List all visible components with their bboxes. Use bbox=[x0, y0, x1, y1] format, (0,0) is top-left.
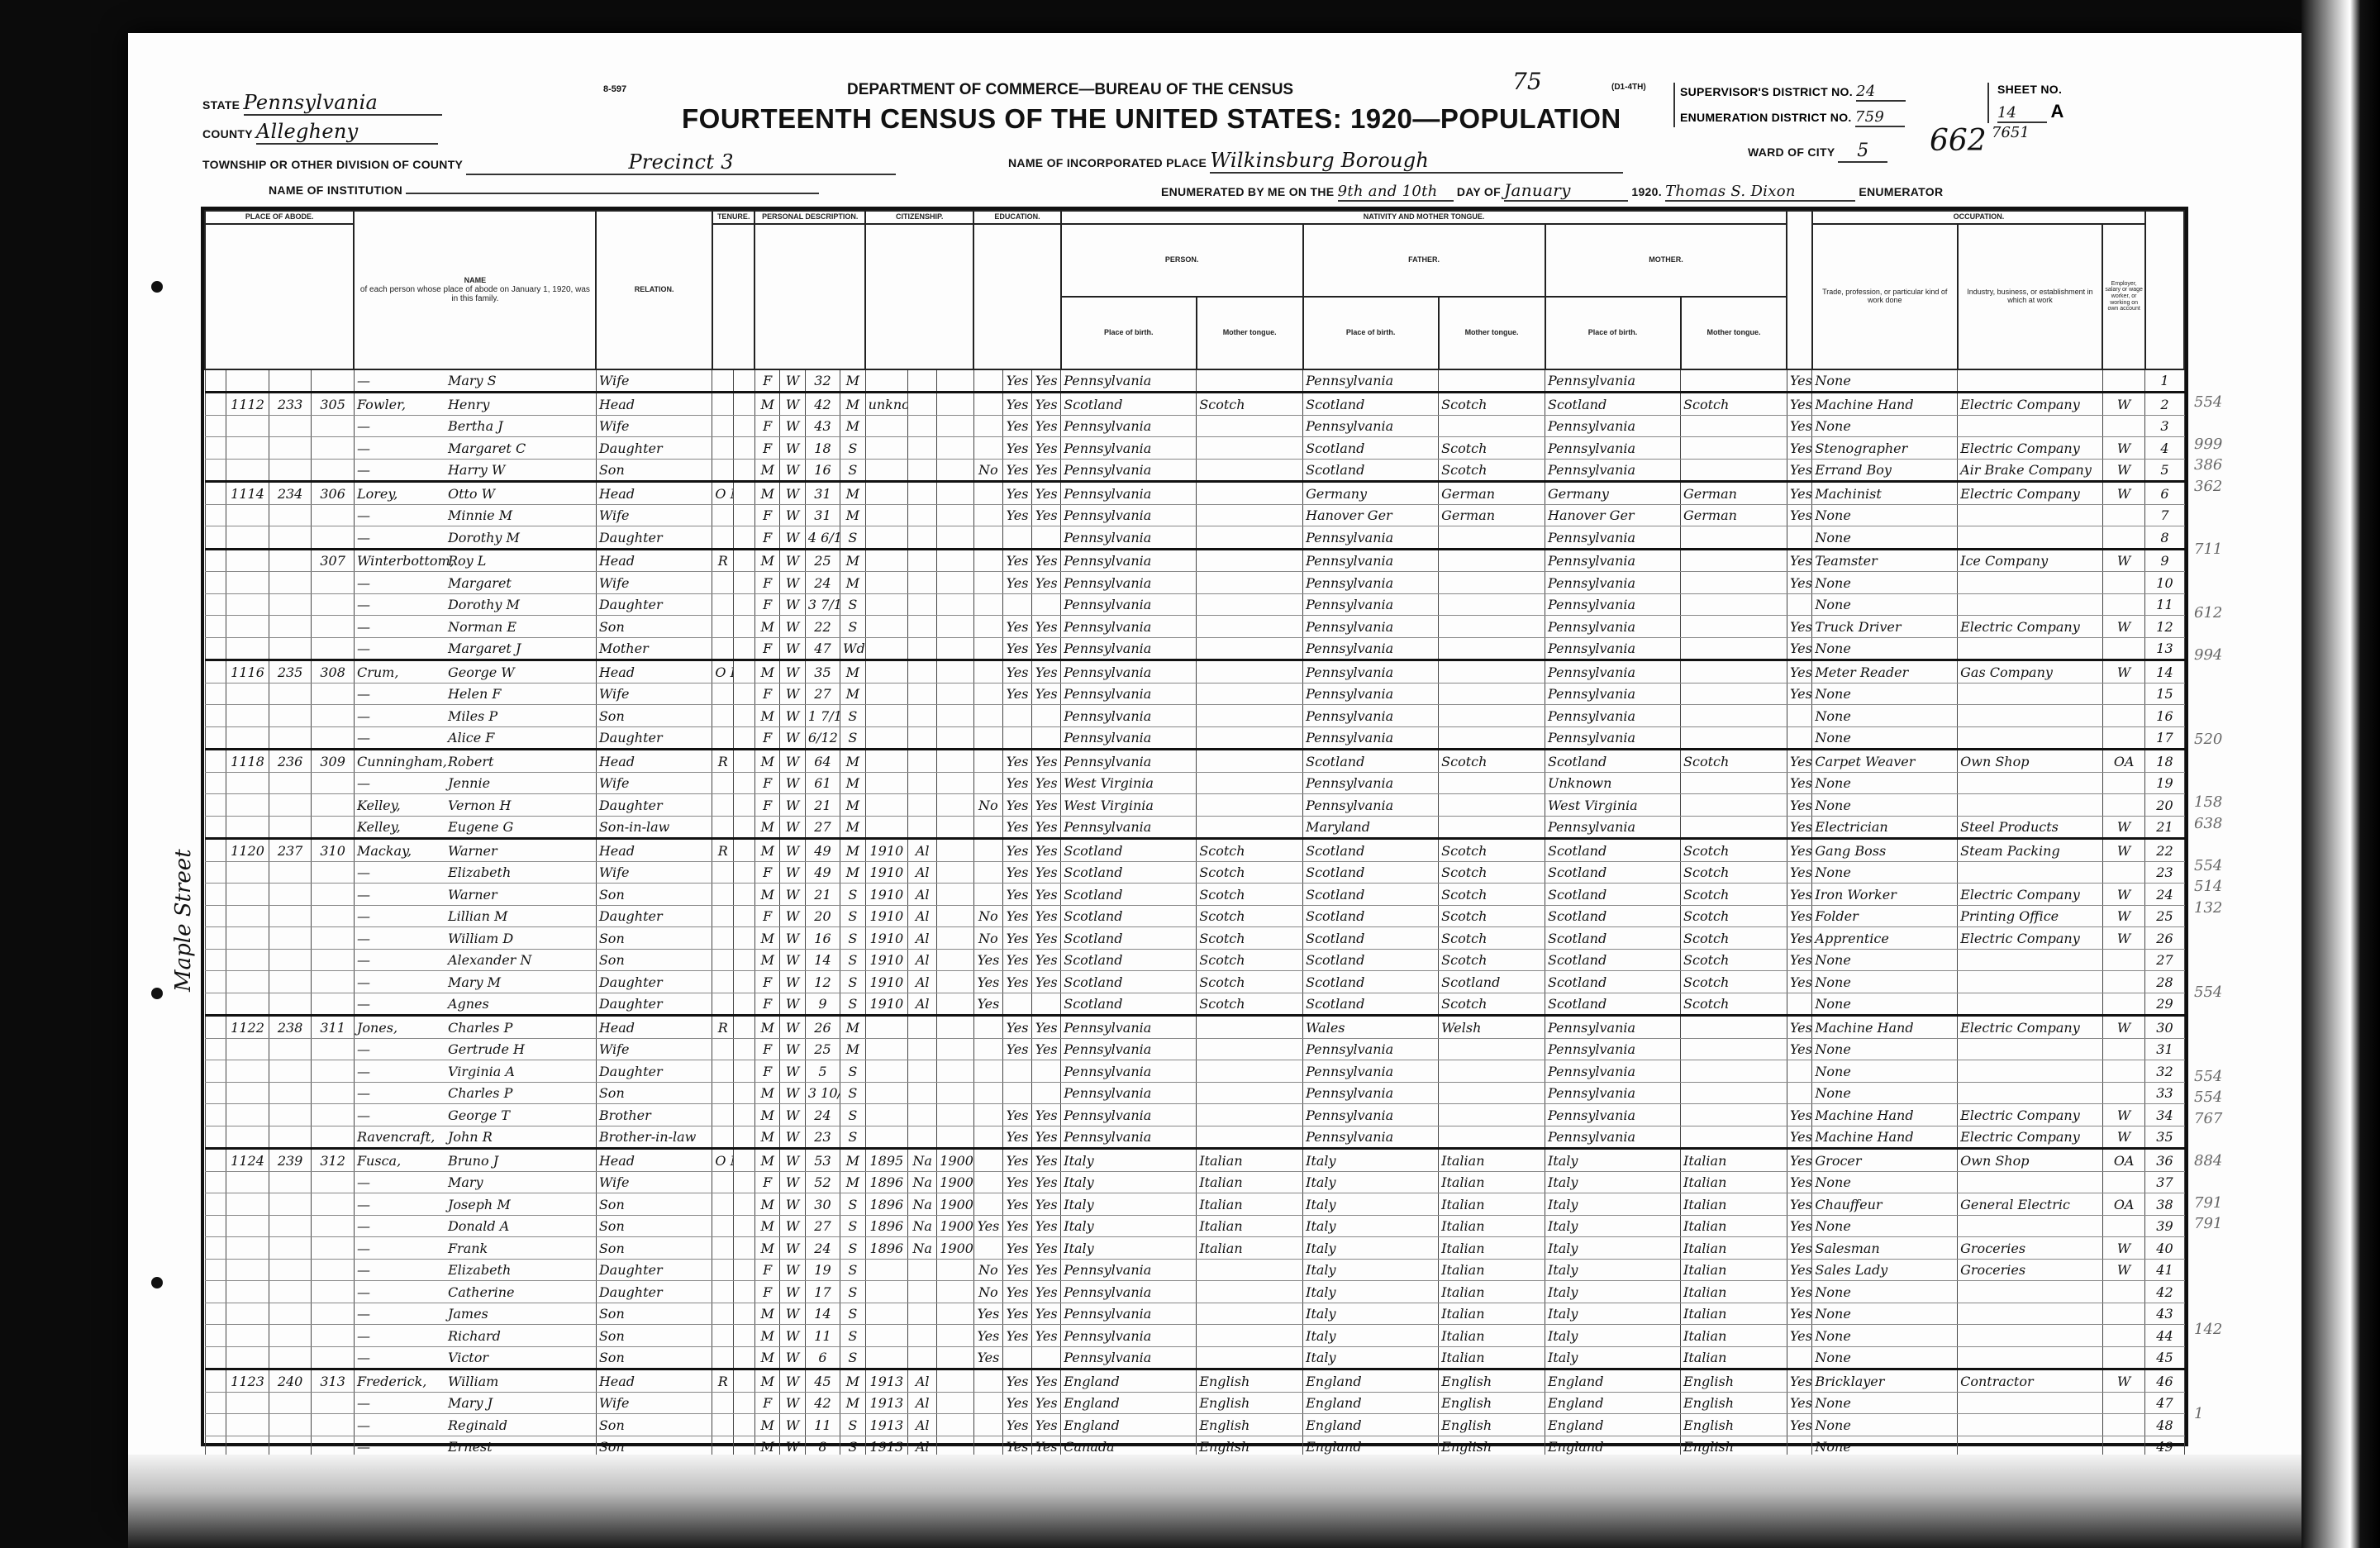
institution-field: NAME OF INSTITUTION bbox=[269, 183, 819, 197]
mother-birthplace-cell: Pennsylvania bbox=[1545, 1016, 1681, 1039]
school-cell: Yes bbox=[973, 993, 1002, 1016]
mother-mother-tongue-cell: English bbox=[1681, 1369, 1787, 1393]
mother-tongue-cell bbox=[1197, 549, 1303, 572]
house-number-cell bbox=[226, 1325, 269, 1347]
relation-cell: Wife bbox=[596, 369, 712, 393]
street-cell bbox=[205, 437, 226, 460]
age-cell: 49 bbox=[805, 839, 840, 862]
class-of-worker-cell bbox=[2102, 1303, 2145, 1325]
age-cell: 53 bbox=[805, 1149, 840, 1172]
speaks-english-cell: Yes bbox=[1787, 504, 1811, 526]
class-of-worker-cell: W bbox=[2102, 1104, 2145, 1126]
surname: — bbox=[357, 730, 448, 745]
sex-cell: M bbox=[754, 616, 779, 638]
sex-cell: M bbox=[754, 1193, 779, 1216]
citizenship-header: CITIZENSHIP. bbox=[865, 211, 973, 224]
day-of-label: DAY OF bbox=[1457, 185, 1501, 198]
mortgage-cell bbox=[734, 949, 755, 971]
school-cell: Yes bbox=[973, 1325, 1002, 1347]
trade-cell: None bbox=[1812, 794, 1958, 817]
sex-cell: F bbox=[754, 572, 779, 594]
form-number: 8-597 bbox=[603, 84, 626, 94]
tenure-cell bbox=[712, 949, 734, 971]
write-cell bbox=[1032, 1060, 1061, 1083]
naturalization-cell bbox=[908, 593, 937, 616]
naturalization-year-cell bbox=[937, 949, 974, 971]
race-cell: W bbox=[780, 1237, 805, 1260]
tenure-cell bbox=[712, 1171, 734, 1193]
dwelling-number-cell bbox=[269, 1082, 312, 1104]
name-cell: —Dorothy M bbox=[354, 593, 596, 616]
class-of-worker-cell bbox=[2102, 1215, 2145, 1237]
given-name: Margaret J bbox=[448, 641, 521, 656]
birthplace-cell: Pennsylvania bbox=[1061, 369, 1197, 393]
margin-note: 132 bbox=[2194, 899, 2222, 917]
marital-status-cell: M bbox=[840, 816, 866, 839]
school-cell bbox=[973, 437, 1002, 460]
surname: — bbox=[357, 530, 448, 545]
table-row: Ravencraft,John RBrother-in-lawMW23SYesY… bbox=[205, 1126, 2184, 1149]
naturalization-cell: Al bbox=[908, 971, 937, 993]
birthplace-cell: Pennsylvania bbox=[1061, 683, 1197, 705]
table-row: 1118236309Cunningham,RobertHeadRMW64MYes… bbox=[205, 750, 2184, 773]
sex-cell: F bbox=[754, 1259, 779, 1281]
father-tongue-cell bbox=[1439, 369, 1545, 393]
speaks-english-cell: Yes bbox=[1787, 1126, 1811, 1149]
mortgage-cell bbox=[734, 1414, 755, 1436]
class-of-worker-cell: W bbox=[2102, 1259, 2145, 1281]
father-birthplace-cell: Pennsylvania bbox=[1303, 1082, 1439, 1104]
father-birthplace-cell: Pennsylvania bbox=[1303, 549, 1439, 572]
line-number-cell: 3 bbox=[2145, 415, 2184, 437]
tenure-cell bbox=[712, 1215, 734, 1237]
read-cell: Yes bbox=[1002, 1193, 1031, 1216]
write-cell: Yes bbox=[1032, 772, 1061, 794]
mother-tongue-cell bbox=[1197, 437, 1303, 460]
speaks-english-cell bbox=[1787, 726, 1811, 750]
trade-cell: None bbox=[1812, 705, 1958, 727]
relation-cell: Daughter bbox=[596, 1259, 712, 1281]
father-birthplace-cell: England bbox=[1303, 1392, 1439, 1414]
scanner-bottom-edge bbox=[128, 1455, 2301, 1548]
read-cell bbox=[1002, 526, 1031, 550]
given-name: Reginald bbox=[448, 1417, 507, 1433]
margin-note: 554 bbox=[2194, 1068, 2222, 1085]
house-number-cell: 1114 bbox=[226, 482, 269, 505]
father-tongue-cell bbox=[1439, 683, 1545, 705]
mother-tongue-cell bbox=[1197, 683, 1303, 705]
mother-birthplace-cell: Italy bbox=[1545, 1281, 1681, 1303]
speaks-english-cell: Yes bbox=[1787, 1149, 1811, 1172]
write-cell bbox=[1032, 993, 1061, 1016]
immigration-year-cell: 1896 bbox=[865, 1193, 908, 1216]
state-label: STATE bbox=[202, 98, 240, 112]
write-cell: Yes bbox=[1032, 369, 1061, 393]
read-cell: Yes bbox=[1002, 549, 1031, 572]
name-cell: —Victor bbox=[354, 1346, 596, 1369]
line-number-cell: 41 bbox=[2145, 1259, 2184, 1281]
margin-note: 362 bbox=[2194, 478, 2222, 495]
immigration-year-cell: 1913 bbox=[865, 1414, 908, 1436]
street-cell bbox=[205, 504, 226, 526]
industry-cell: Electric Company bbox=[1958, 393, 2103, 416]
sex-cell: F bbox=[754, 593, 779, 616]
speaks-english-cell: Yes bbox=[1787, 1281, 1811, 1303]
read-cell: Yes bbox=[1002, 637, 1031, 660]
write-cell: Yes bbox=[1032, 1369, 1061, 1393]
house-number-cell bbox=[226, 1281, 269, 1303]
trade-cell: Teamster bbox=[1812, 549, 1958, 572]
mother-tongue-cell bbox=[1197, 369, 1303, 393]
family-number-cell bbox=[312, 772, 355, 794]
immigration-year-cell bbox=[865, 1325, 908, 1347]
sex-cell: F bbox=[754, 526, 779, 550]
margin-note: 554 bbox=[2194, 984, 2222, 1001]
line-number-cell: 29 bbox=[2145, 993, 2184, 1016]
race-cell: W bbox=[780, 1259, 805, 1281]
surname: — bbox=[357, 1064, 448, 1079]
father-birthplace-cell: Scotland bbox=[1303, 905, 1439, 927]
father-birthplace-cell: Scotland bbox=[1303, 993, 1439, 1016]
house-number-cell bbox=[226, 683, 269, 705]
street-cell bbox=[205, 905, 226, 927]
dwelling-number-cell bbox=[269, 1281, 312, 1303]
birthplace-cell: Scotland bbox=[1061, 884, 1197, 906]
tenure-cell bbox=[712, 459, 734, 482]
age-cell: 11 bbox=[805, 1414, 840, 1436]
margin-note: 612 bbox=[2194, 604, 2222, 622]
mother-tongue-cell: Scotch bbox=[1197, 927, 1303, 950]
incorporated-place-label: NAME OF INCORPORATED PLACE bbox=[1008, 156, 1207, 169]
street-cell bbox=[205, 1038, 226, 1060]
surname: — bbox=[357, 1085, 448, 1101]
class-of-worker-cell bbox=[2102, 415, 2145, 437]
surname: — bbox=[357, 1174, 448, 1190]
name-cell: Crum,George W bbox=[354, 660, 596, 684]
name-cell: —Margaret C bbox=[354, 437, 596, 460]
immigration-year-cell: 1910 bbox=[865, 884, 908, 906]
line-number-cell: 2 bbox=[2145, 393, 2184, 416]
given-name: Minnie M bbox=[448, 507, 512, 523]
street-cell bbox=[205, 572, 226, 594]
house-number-cell: 1123 bbox=[226, 1369, 269, 1393]
mother-birthplace-cell: Italy bbox=[1545, 1325, 1681, 1347]
race-cell: W bbox=[780, 1369, 805, 1393]
naturalization-year-cell bbox=[937, 861, 974, 884]
birthplace-cell: Pennsylvania bbox=[1061, 637, 1197, 660]
name-cell: —Donald A bbox=[354, 1215, 596, 1237]
immigration-year-cell bbox=[865, 1346, 908, 1369]
birthplace-cell: West Virginia bbox=[1061, 772, 1197, 794]
dwelling-number-cell bbox=[269, 683, 312, 705]
tenure-cell bbox=[712, 1325, 734, 1347]
write-cell bbox=[1032, 526, 1061, 550]
read-cell: Yes bbox=[1002, 839, 1031, 862]
mortgage-cell bbox=[734, 861, 755, 884]
ward-value: 5 bbox=[1838, 141, 1887, 163]
surname: — bbox=[357, 1350, 448, 1365]
mortgage-cell bbox=[734, 549, 755, 572]
trade-cell: Machine Hand bbox=[1812, 1126, 1958, 1149]
industry-cell bbox=[1958, 1171, 2103, 1193]
family-number-cell bbox=[312, 593, 355, 616]
tenure-cell bbox=[712, 905, 734, 927]
house-number-cell bbox=[226, 726, 269, 750]
mother-mother-tongue-cell bbox=[1681, 1060, 1787, 1083]
birthplace-cell: Scotland bbox=[1061, 905, 1197, 927]
family-number-cell bbox=[312, 905, 355, 927]
speaks-english-cell: Yes bbox=[1787, 750, 1811, 773]
surname: — bbox=[357, 575, 448, 591]
write-cell: Yes bbox=[1032, 1414, 1061, 1436]
house-number-cell: 1118 bbox=[226, 750, 269, 773]
family-number-cell: 310 bbox=[312, 839, 355, 862]
naturalization-year-cell bbox=[937, 1104, 974, 1126]
mother-tongue-cell: Scotch bbox=[1197, 884, 1303, 906]
write-cell: Yes bbox=[1032, 637, 1061, 660]
school-cell bbox=[973, 616, 1002, 638]
read-cell: Yes bbox=[1002, 949, 1031, 971]
immigration-year-cell bbox=[865, 1060, 908, 1083]
age-cell: 12 bbox=[805, 971, 840, 993]
surname: — bbox=[357, 775, 448, 791]
family-number-cell bbox=[312, 993, 355, 1016]
table-row: —Bertha JWifeFW43MYesYesPennsylvaniaPenn… bbox=[205, 415, 2184, 437]
trade-cell: Bricklayer bbox=[1812, 1369, 1958, 1393]
mother-mother-tongue-cell bbox=[1681, 1016, 1787, 1039]
house-number-cell bbox=[226, 1060, 269, 1083]
census-sheet: 8-597 DEPARTMENT OF COMMERCE—BUREAU OF T… bbox=[128, 33, 2301, 1512]
family-number-cell bbox=[312, 1060, 355, 1083]
father-birthplace-cell: Italy bbox=[1303, 1259, 1439, 1281]
margin-note: 638 bbox=[2194, 815, 2222, 832]
trade-cell: None bbox=[1812, 861, 1958, 884]
mortgage-cell bbox=[734, 459, 755, 482]
write-cell: Yes bbox=[1032, 1193, 1061, 1216]
trade-cell: Meter Reader bbox=[1812, 660, 1958, 684]
dwelling-number-cell bbox=[269, 1346, 312, 1369]
margin-note: 1 bbox=[2194, 1405, 2203, 1422]
street-cell bbox=[205, 816, 226, 839]
read-cell: Yes bbox=[1002, 459, 1031, 482]
mother-header: MOTHER. bbox=[1545, 224, 1787, 297]
immigration-year-cell bbox=[865, 816, 908, 839]
naturalization-year-cell bbox=[937, 593, 974, 616]
naturalization-year-cell bbox=[937, 905, 974, 927]
naturalization-year-cell: 1900 bbox=[937, 1149, 974, 1172]
immigration-year-cell bbox=[865, 616, 908, 638]
naturalization-cell: Al bbox=[908, 1414, 937, 1436]
enumeration-date-field: ENUMERATED BY ME ON THE 9th and 10th DAY… bbox=[1161, 180, 1943, 202]
house-number-cell bbox=[226, 1346, 269, 1369]
mortgage-cell bbox=[734, 482, 755, 505]
given-name: Charles P bbox=[448, 1085, 512, 1101]
house-number-cell bbox=[226, 1237, 269, 1260]
mortgage-cell bbox=[734, 1060, 755, 1083]
family-number-cell bbox=[312, 459, 355, 482]
father-tongue-cell: Scotch bbox=[1439, 949, 1545, 971]
house-number-cell bbox=[226, 1038, 269, 1060]
ward-label: WARD OF CITY bbox=[1748, 145, 1835, 159]
immigration-year-cell bbox=[865, 772, 908, 794]
given-name: Frank bbox=[448, 1241, 488, 1256]
marital-status-cell: M bbox=[840, 772, 866, 794]
speaks-english-cell bbox=[1787, 1060, 1811, 1083]
mother-tongue-cell: Scotch bbox=[1197, 393, 1303, 416]
line-number-cell: 45 bbox=[2145, 1346, 2184, 1369]
trade-cell: None bbox=[1812, 1060, 1958, 1083]
age-cell: 16 bbox=[805, 927, 840, 950]
race-cell: W bbox=[780, 1038, 805, 1060]
given-name: Victor bbox=[448, 1350, 488, 1365]
school-cell: No bbox=[973, 927, 1002, 950]
marital-status-cell: S bbox=[840, 905, 866, 927]
immigration-year-cell: unknown bbox=[865, 393, 908, 416]
dwelling-number-cell bbox=[269, 1038, 312, 1060]
write-cell: Yes bbox=[1032, 1038, 1061, 1060]
mother-birthplace-cell: Scotland bbox=[1545, 949, 1681, 971]
race-cell: W bbox=[780, 504, 805, 526]
dwelling-number-cell bbox=[269, 905, 312, 927]
line-number-cell: 36 bbox=[2145, 1149, 2184, 1172]
tenure-cell: O M bbox=[712, 1149, 734, 1172]
mother-tongue-cell: Italian bbox=[1197, 1215, 1303, 1237]
race-cell: W bbox=[780, 726, 805, 750]
line-number-cell: 17 bbox=[2145, 726, 2184, 750]
mortgage-cell bbox=[734, 1126, 755, 1149]
marital-status-cell: S bbox=[840, 1126, 866, 1149]
mother-tongue-cell bbox=[1197, 504, 1303, 526]
industry-cell bbox=[1958, 971, 2103, 993]
class-of-worker-cell: W bbox=[2102, 1369, 2145, 1393]
father-birthplace-cell: Pennsylvania bbox=[1303, 683, 1439, 705]
name-cell: —Margaret J bbox=[354, 637, 596, 660]
family-number-cell bbox=[312, 971, 355, 993]
school-cell: No bbox=[973, 1259, 1002, 1281]
house-number-cell bbox=[226, 1082, 269, 1104]
immigration-year-cell bbox=[865, 1259, 908, 1281]
age-cell: 24 bbox=[805, 1237, 840, 1260]
write-cell: Yes bbox=[1032, 683, 1061, 705]
name-cell: —Alice F bbox=[354, 726, 596, 750]
sex-cell: F bbox=[754, 683, 779, 705]
house-number-cell: 1124 bbox=[226, 1149, 269, 1172]
trade-cell: Carpet Weaver bbox=[1812, 750, 1958, 773]
father-birthplace-cell: Pennsylvania bbox=[1303, 369, 1439, 393]
industry-cell bbox=[1958, 794, 2103, 817]
dwelling-number-cell bbox=[269, 861, 312, 884]
mortgage-cell bbox=[734, 884, 755, 906]
sex-cell: F bbox=[754, 637, 779, 660]
line-number-cell: 1 bbox=[2145, 369, 2184, 393]
mother-mother-tongue-cell bbox=[1681, 637, 1787, 660]
industry-cell bbox=[1958, 1303, 2103, 1325]
name-cell: Ravencraft,John R bbox=[354, 1126, 596, 1149]
relation-cell: Son bbox=[596, 705, 712, 727]
family-number-cell bbox=[312, 637, 355, 660]
naturalization-cell bbox=[908, 750, 937, 773]
age-cell: 9 bbox=[805, 993, 840, 1016]
name-cell: —Richard bbox=[354, 1325, 596, 1347]
school-cell bbox=[973, 393, 1002, 416]
immigration-year-cell: 1895 bbox=[865, 1149, 908, 1172]
father-tongue-cell: Scotch bbox=[1439, 750, 1545, 773]
name-cell: —Bertha J bbox=[354, 415, 596, 437]
margin-note: 554 bbox=[2194, 393, 2222, 411]
relation-cell: Daughter bbox=[596, 593, 712, 616]
tenure-cell bbox=[712, 1126, 734, 1149]
naturalization-cell bbox=[908, 1104, 937, 1126]
mother-tongue-cell bbox=[1197, 572, 1303, 594]
marital-status-cell: S bbox=[840, 1215, 866, 1237]
county-label: COUNTY bbox=[202, 127, 253, 141]
line-number-cell: 16 bbox=[2145, 705, 2184, 727]
naturalization-year-cell bbox=[937, 726, 974, 750]
school-cell bbox=[973, 705, 1002, 727]
sex-cell: F bbox=[754, 1060, 779, 1083]
father-tongue-cell bbox=[1439, 593, 1545, 616]
father-tongue-cell: Italian bbox=[1439, 1149, 1545, 1172]
name-cell: —Mary J bbox=[354, 1392, 596, 1414]
mother-birthplace-cell: Italy bbox=[1545, 1193, 1681, 1216]
margin-note: 994 bbox=[2194, 646, 2222, 664]
school-cell bbox=[973, 1038, 1002, 1060]
tenure-cell bbox=[712, 1060, 734, 1083]
speaks-english-cell: Yes bbox=[1787, 393, 1811, 416]
house-number-cell bbox=[226, 1215, 269, 1237]
surname: — bbox=[357, 1241, 448, 1256]
naturalization-cell: Na bbox=[908, 1149, 937, 1172]
family-number-cell bbox=[312, 794, 355, 817]
race-cell: W bbox=[780, 1303, 805, 1325]
class-of-worker-cell bbox=[2102, 993, 2145, 1016]
speaks-english-cell: Yes bbox=[1787, 884, 1811, 906]
marital-status-cell: M bbox=[840, 504, 866, 526]
family-number-cell bbox=[312, 705, 355, 727]
table-row: —JennieWifeFW61MYesYesWest VirginiaPenns… bbox=[205, 772, 2184, 794]
name-cell: —Helen F bbox=[354, 683, 596, 705]
given-name: Elizabeth bbox=[448, 864, 511, 880]
relation-cell: Son bbox=[596, 616, 712, 638]
given-name: Elizabeth bbox=[448, 1262, 511, 1278]
father-tongue-cell bbox=[1439, 1104, 1545, 1126]
dwelling-number-cell bbox=[269, 1193, 312, 1216]
street-cell bbox=[205, 616, 226, 638]
dwelling-number-cell bbox=[269, 1060, 312, 1083]
house-number-cell bbox=[226, 1193, 269, 1216]
table-row: —Dorothy MDaughterFW4 6/12SPennsylvaniaP… bbox=[205, 526, 2184, 550]
race-cell: W bbox=[780, 526, 805, 550]
naturalization-cell bbox=[908, 1038, 937, 1060]
write-cell: Yes bbox=[1032, 816, 1061, 839]
father-tongue-cell: Italian bbox=[1439, 1346, 1545, 1369]
mother-birthplace-cell: Pennsylvania bbox=[1545, 437, 1681, 460]
tenure-cell bbox=[712, 637, 734, 660]
given-name: Agnes bbox=[448, 996, 489, 1012]
marital-status-cell: S bbox=[840, 971, 866, 993]
father-birthplace-cell: Pennsylvania bbox=[1303, 616, 1439, 638]
naturalization-cell bbox=[908, 482, 937, 505]
dwelling-number-cell bbox=[269, 437, 312, 460]
trade-cell: Machinist bbox=[1812, 482, 1958, 505]
immigration-year-cell bbox=[865, 750, 908, 773]
industry-cell bbox=[1958, 705, 2103, 727]
trade-cell: Errand Boy bbox=[1812, 459, 1958, 482]
naturalization-year-cell bbox=[937, 415, 974, 437]
class-of-worker-cell: OA bbox=[2102, 1149, 2145, 1172]
tenure-cell bbox=[712, 1303, 734, 1325]
read-cell: Yes bbox=[1002, 1259, 1031, 1281]
